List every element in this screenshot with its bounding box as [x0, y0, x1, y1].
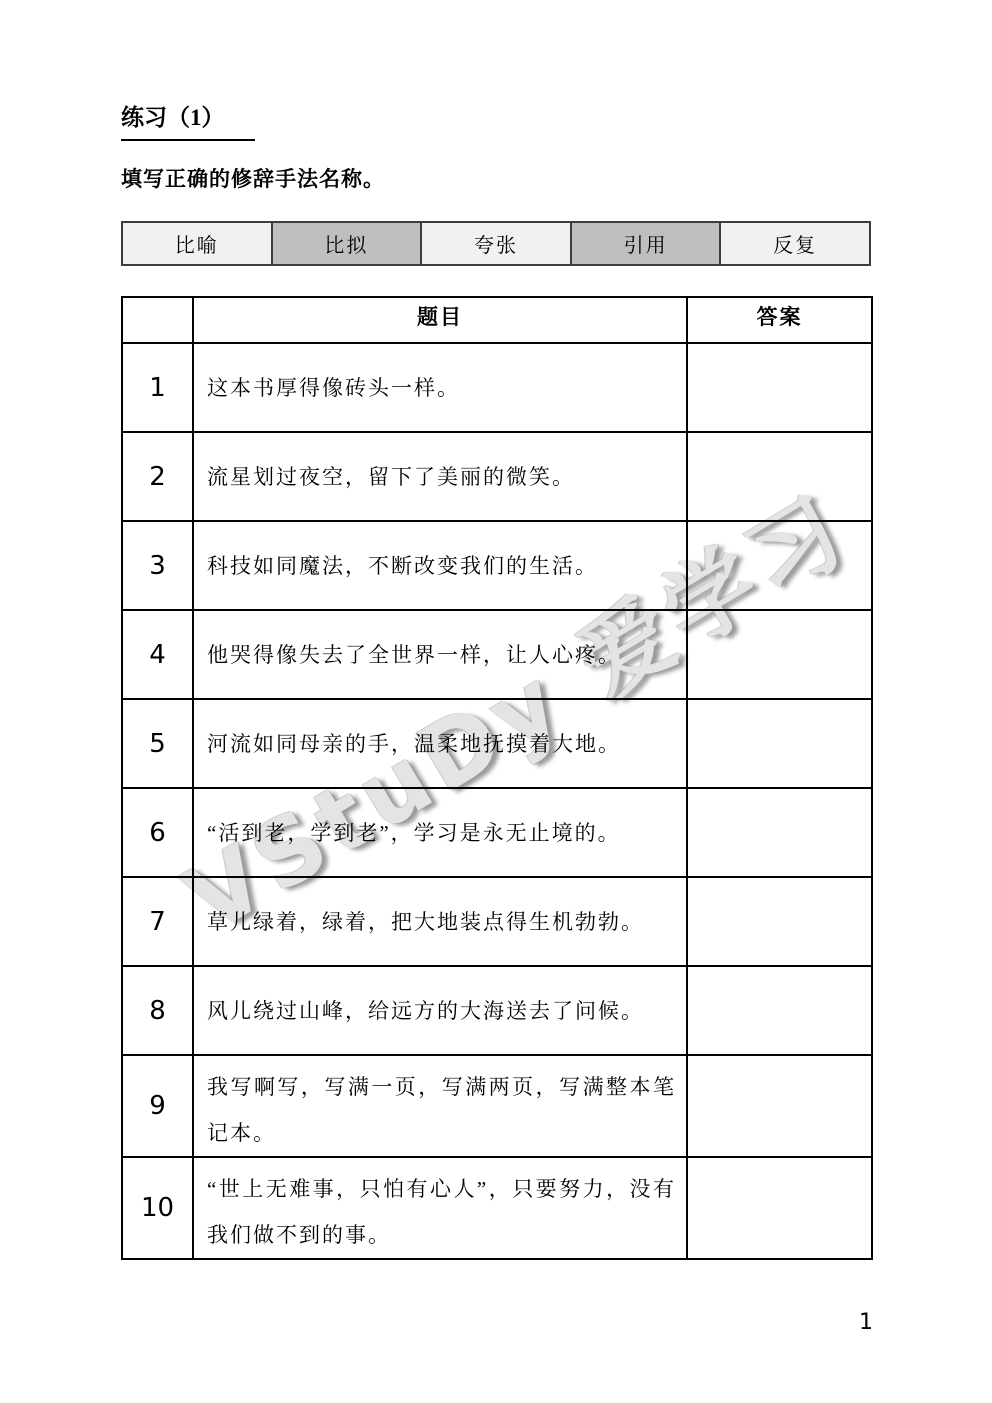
answer-cell — [687, 1055, 872, 1157]
table-row: 1 这本书厚得像砖头一样。 — [122, 343, 872, 432]
table-row: 6 “活到老，学到老”，学习是永无止境的。 — [122, 788, 872, 877]
page-number: 1 — [852, 1310, 880, 1335]
row-number: 7 — [122, 877, 193, 966]
answer-cell — [687, 521, 872, 610]
page-title: 练习（1） — [121, 99, 255, 141]
option-biyu: 比喻 — [123, 223, 273, 264]
worksheet-page: VStuDy 爱学习 练习（1） 填写正确的修辞手法名称。 比喻 比拟 夸张 引… — [0, 0, 992, 1403]
option-kuazhang: 夸张 — [422, 223, 572, 264]
table-row: 10 “世上无难事，只怕有心人”，只要努力，没有我们做不到的事。 — [122, 1157, 872, 1259]
rhetoric-options-strip: 比喻 比拟 夸张 引用 反复 — [121, 221, 871, 266]
question-table: 题目 答案 1 这本书厚得像砖头一样。 2 流星划过夜空，留下了美丽的微笑。 3… — [121, 296, 873, 1260]
row-number: 2 — [122, 432, 193, 521]
table-row: 4 他哭得像失去了全世界一样，让人心疼。 — [122, 610, 872, 699]
answer-cell — [687, 788, 872, 877]
question-text: “活到老，学到老”，学习是永无止境的。 — [193, 788, 687, 877]
row-number: 4 — [122, 610, 193, 699]
answer-cell — [687, 432, 872, 521]
row-number: 10 — [122, 1157, 193, 1259]
header-number — [122, 297, 193, 343]
answer-cell — [687, 610, 872, 699]
answer-cell — [687, 699, 872, 788]
table-row: 9 我写啊写，写满一页，写满两页，写满整本笔记本。 — [122, 1055, 872, 1157]
question-text: 风儿绕过山峰，给远方的大海送去了问候。 — [193, 966, 687, 1055]
table-header-row: 题目 答案 — [122, 297, 872, 343]
header-question: 题目 — [193, 297, 687, 343]
question-text: “世上无难事，只怕有心人”，只要努力，没有我们做不到的事。 — [193, 1157, 687, 1259]
question-text: 他哭得像失去了全世界一样，让人心疼。 — [193, 610, 687, 699]
option-fanfu: 反复 — [721, 223, 869, 264]
row-number: 8 — [122, 966, 193, 1055]
instruction-text: 填写正确的修辞手法名称。 — [121, 163, 385, 193]
table-row: 2 流星划过夜空，留下了美丽的微笑。 — [122, 432, 872, 521]
table-row: 5 河流如同母亲的手，温柔地抚摸着大地。 — [122, 699, 872, 788]
answer-cell — [687, 877, 872, 966]
row-number: 3 — [122, 521, 193, 610]
option-yinyong: 引用 — [572, 223, 722, 264]
header-answer: 答案 — [687, 297, 872, 343]
question-text: 流星划过夜空，留下了美丽的微笑。 — [193, 432, 687, 521]
row-number: 5 — [122, 699, 193, 788]
question-text: 我写啊写，写满一页，写满两页，写满整本笔记本。 — [193, 1055, 687, 1157]
answer-cell — [687, 1157, 872, 1259]
question-text: 科技如同魔法，不断改变我们的生活。 — [193, 521, 687, 610]
answer-cell — [687, 966, 872, 1055]
row-number: 1 — [122, 343, 193, 432]
question-text: 这本书厚得像砖头一样。 — [193, 343, 687, 432]
row-number: 9 — [122, 1055, 193, 1157]
row-number: 6 — [122, 788, 193, 877]
table-row: 8 风儿绕过山峰，给远方的大海送去了问候。 — [122, 966, 872, 1055]
question-text: 河流如同母亲的手，温柔地抚摸着大地。 — [193, 699, 687, 788]
question-text: 草儿绿着，绿着，把大地装点得生机勃勃。 — [193, 877, 687, 966]
answer-cell — [687, 343, 872, 432]
table-row: 7 草儿绿着，绿着，把大地装点得生机勃勃。 — [122, 877, 872, 966]
table-row: 3 科技如同魔法，不断改变我们的生活。 — [122, 521, 872, 610]
option-bini: 比拟 — [273, 223, 423, 264]
